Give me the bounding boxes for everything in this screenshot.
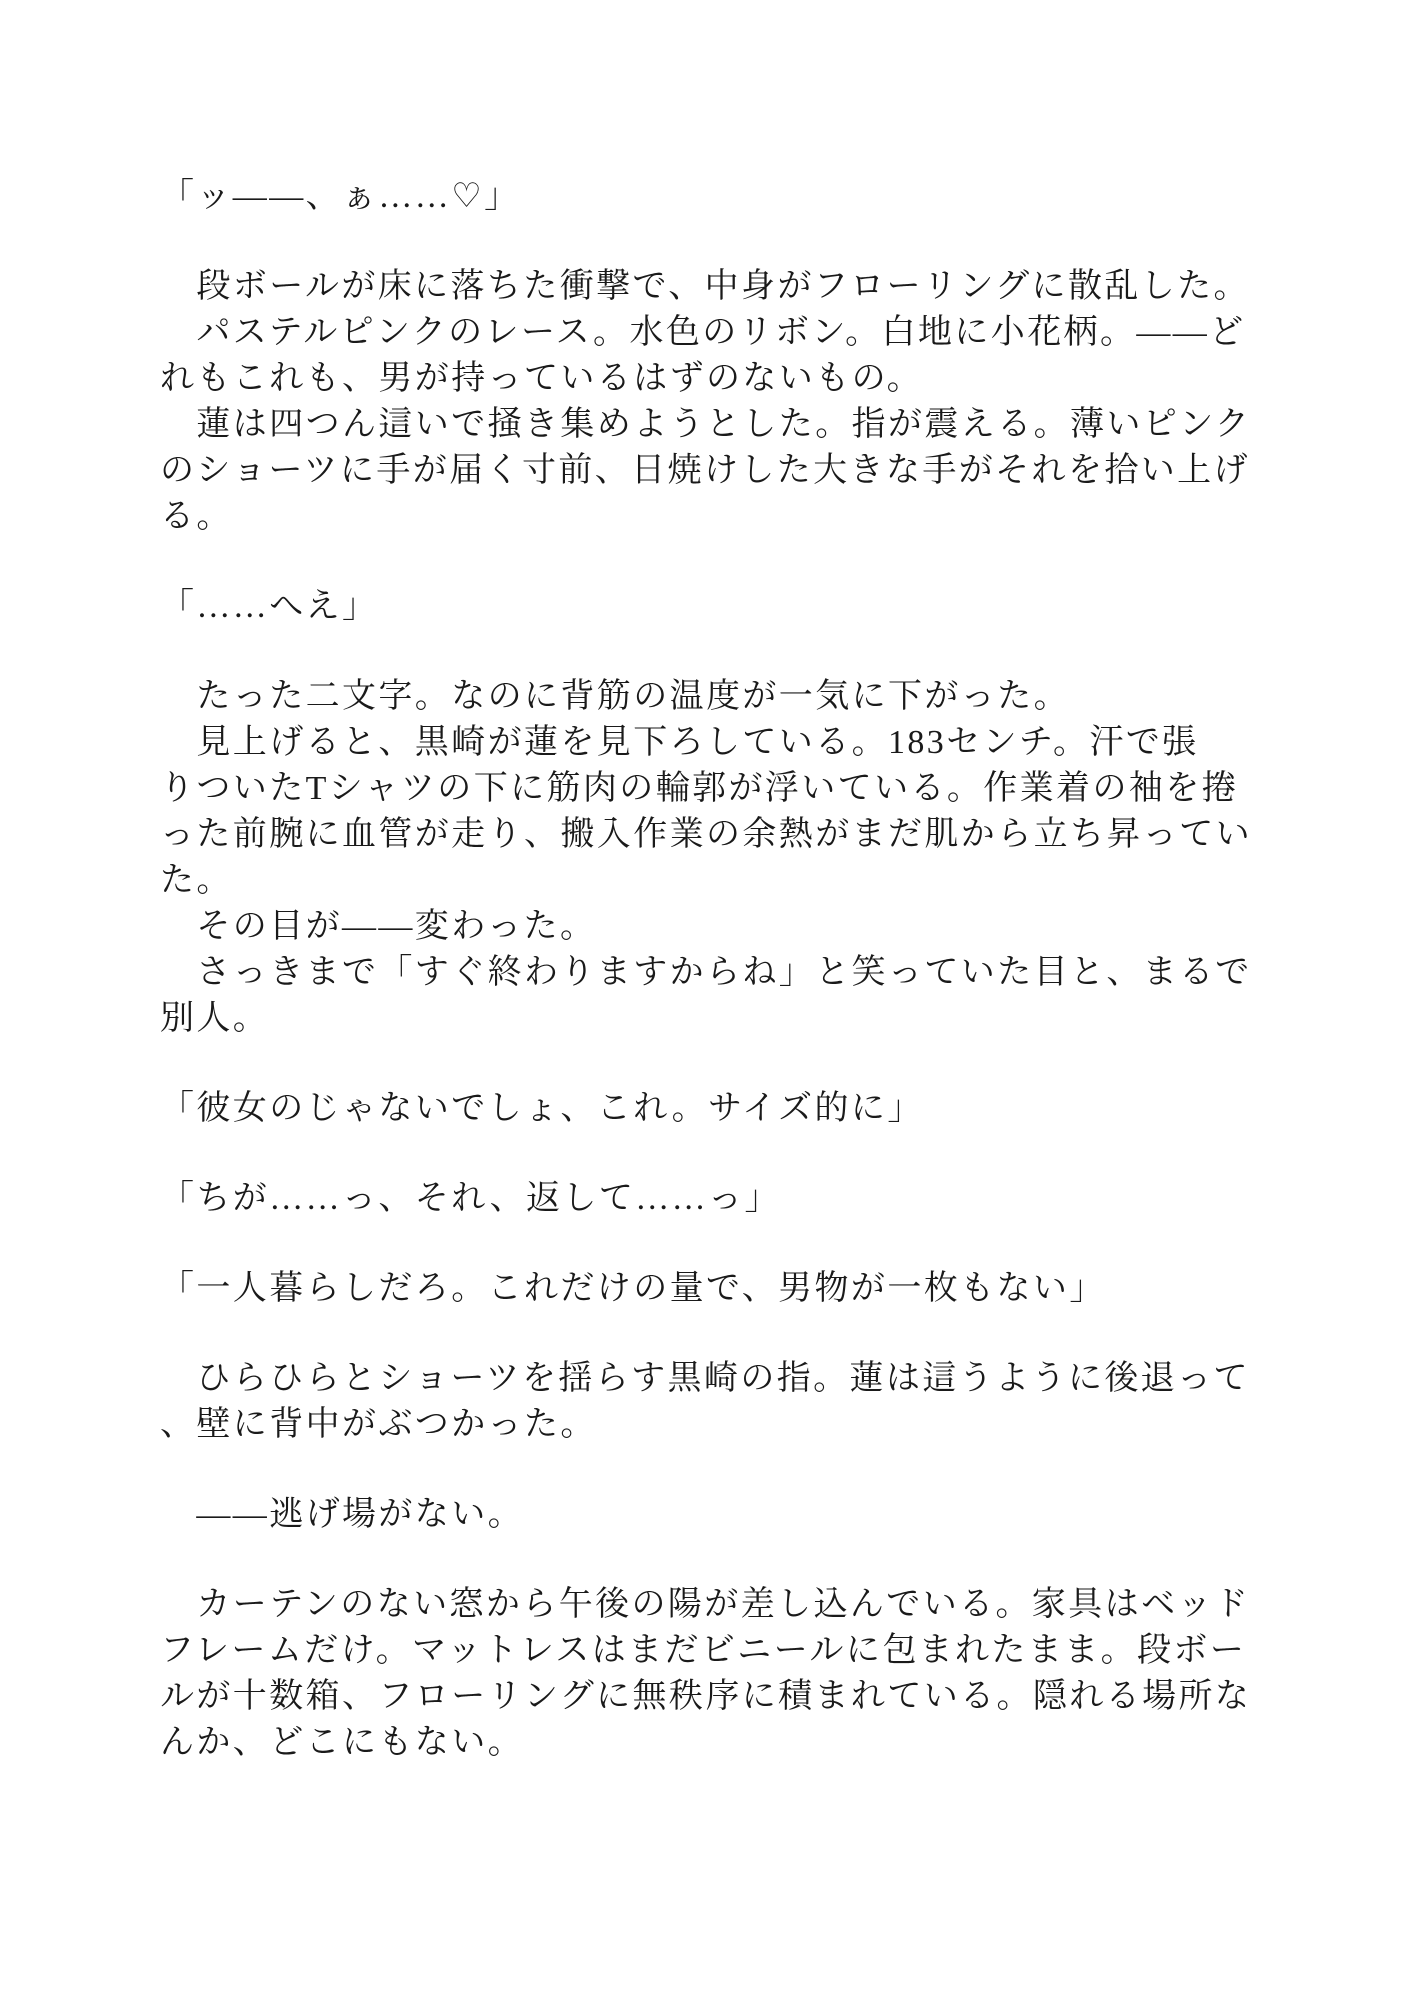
text-line: ひらひらとショーツを揺らす黒崎の指。蓮は這うように後退って <box>160 1356 1260 1402</box>
text-line: フレームだけ。マットレスはまだビニールに包まれたまま。段ボー <box>160 1628 1260 1674</box>
text-line: 蓮は四つん這いで掻き集めようとした。指が震える。薄いピンク <box>160 402 1260 448</box>
text-line: パステルピンクのレース。水色のリボン。白地に小花柄。――ど <box>160 310 1260 356</box>
text-line: 見上げると、黒崎が蓮を見下ろしている。183センチ。汗で張 <box>160 720 1260 766</box>
text-line: 「……へえ」 <box>160 584 1260 630</box>
text-line: さっきまで「すぐ終わりますからね」と笑っていた目と、まるで <box>160 950 1260 996</box>
text-column: 「ッ――、ぁ……♡」 段ボールが床に落ちた衝撃で、中身がフローリングに散乱した。… <box>160 174 1260 1766</box>
text-line: その目が――変わった。 <box>160 904 1260 950</box>
text-line: 「一人暮らしだろ。これだけの量で、男物が一枚もない」 <box>160 1266 1260 1312</box>
text-line: れもこれも、男が持っているはずのないもの。 <box>160 356 1260 402</box>
text-line: 、壁に背中がぶつかった。 <box>160 1402 1260 1448</box>
text-line: 「彼女のじゃないでしょ、これ。サイズ的に」 <box>160 1086 1260 1132</box>
text-line: た。 <box>160 858 1260 904</box>
paragraph-block-narrative: ひらひらとショーツを揺らす黒崎の指。蓮は這うように後退って、壁に背中がぶつかった… <box>160 1356 1260 1448</box>
text-line: ルが十数箱、フローリングに無秩序に積まれている。隠れる場所な <box>160 1674 1260 1720</box>
text-line: のショーツに手が届く寸前、日焼けした大きな手がそれを拾い上げ <box>160 448 1260 494</box>
text-line: たった二文字。なのに背筋の温度が一気に下がった。 <box>160 674 1260 720</box>
text-line: 別人。 <box>160 996 1260 1042</box>
document-page: 「ッ――、ぁ……♡」 段ボールが床に落ちた衝撃で、中身がフローリングに散乱した。… <box>0 0 1415 2000</box>
paragraph-block-narrative: カーテンのない窓から午後の陽が差し込んでいる。家具はベッドフレームだけ。マットレ… <box>160 1582 1260 1766</box>
paragraph-block-narrative: 段ボールが床に落ちた衝撃で、中身がフローリングに散乱した。 パステルピンクのレー… <box>160 264 1260 540</box>
paragraph-block-narrative: たった二文字。なのに背筋の温度が一気に下がった。 見上げると、黒崎が蓮を見下ろし… <box>160 674 1260 1042</box>
text-line: ――逃げ場がない。 <box>160 1492 1260 1538</box>
text-line: 段ボールが床に落ちた衝撃で、中身がフローリングに散乱した。 <box>160 264 1260 310</box>
text-line: った前腕に血管が走り、搬入作業の余熱がまだ肌から立ち昇ってい <box>160 812 1260 858</box>
text-line: る。 <box>160 494 1260 540</box>
text-line: んか、どこにもない。 <box>160 1720 1260 1766</box>
paragraph-block-dialogue: 「彼女のじゃないでしょ、これ。サイズ的に」 <box>160 1086 1260 1132</box>
text-line: 「ちが……っ、それ、返して……っ」 <box>160 1176 1260 1222</box>
paragraph-block-dialogue: 「ちが……っ、それ、返して……っ」 <box>160 1176 1260 1222</box>
paragraph-block-narrative: ――逃げ場がない。 <box>160 1492 1260 1538</box>
text-line: カーテンのない窓から午後の陽が差し込んでいる。家具はベッド <box>160 1582 1260 1628</box>
text-line: 「ッ――、ぁ……♡」 <box>160 174 1260 220</box>
paragraph-block-dialogue: 「ッ――、ぁ……♡」 <box>160 174 1260 220</box>
paragraph-block-dialogue: 「……へえ」 <box>160 584 1260 630</box>
paragraph-block-dialogue: 「一人暮らしだろ。これだけの量で、男物が一枚もない」 <box>160 1266 1260 1312</box>
text-line: りついたTシャツの下に筋肉の輪郭が浮いている。作業着の袖を捲 <box>160 766 1260 812</box>
